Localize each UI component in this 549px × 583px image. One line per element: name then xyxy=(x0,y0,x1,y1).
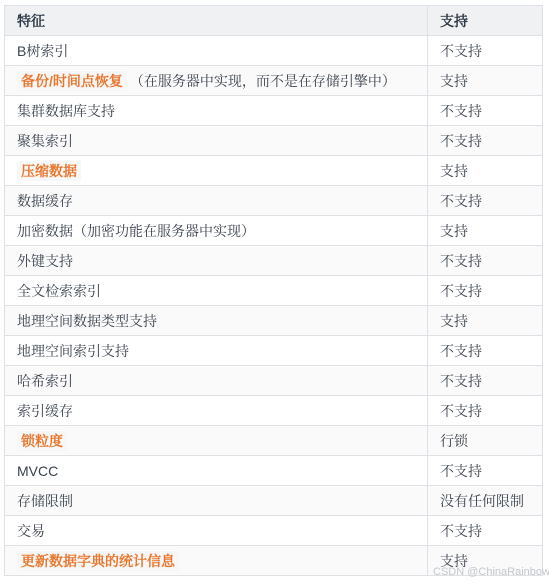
support-cell: 不支持 xyxy=(428,246,543,276)
table-row: 聚集索引不支持 xyxy=(5,126,543,156)
feature-cell: 聚集索引 xyxy=(5,126,428,156)
support-cell: 不支持 xyxy=(428,516,543,546)
table-row: 索引缓存不支持 xyxy=(5,396,543,426)
feature-cell: B树索引 xyxy=(5,36,428,66)
table-row: 地理空间数据类型支持支持 xyxy=(5,306,543,336)
feature-cell: MVCC xyxy=(5,456,428,486)
feature-cell: 交易 xyxy=(5,516,428,546)
table-row: 备份/时间点恢复（在服务器中实现，而不是在存储引擎中）支持 xyxy=(5,66,543,96)
feature-cell: 备份/时间点恢复（在服务器中实现，而不是在存储引擎中） xyxy=(5,66,428,96)
support-cell: 不支持 xyxy=(428,456,543,486)
feature-label: 全文检索索引 xyxy=(17,283,101,299)
feature-link[interactable]: 锁粒度 xyxy=(17,431,67,451)
header-row: 特征 支持 xyxy=(5,6,543,36)
feature-cell: 压缩数据 xyxy=(5,156,428,186)
table-row: 加密数据（加密功能在服务器中实现）支持 xyxy=(5,216,543,246)
feature-label: 集群数据库支持 xyxy=(17,103,115,119)
feature-cell: 集群数据库支持 xyxy=(5,96,428,126)
table-row: 数据缓存不支持 xyxy=(5,186,543,216)
feature-label: 数据缓存 xyxy=(17,193,73,209)
feature-cell: 哈希索引 xyxy=(5,366,428,396)
feature-cell: 数据缓存 xyxy=(5,186,428,216)
feature-cell: 锁粒度 xyxy=(5,426,428,456)
feature-label: 交易 xyxy=(17,523,45,539)
table-row: B树索引不支持 xyxy=(5,36,543,66)
support-cell: 不支持 xyxy=(428,396,543,426)
feature-support-table: 特征 支持 B树索引不支持备份/时间点恢复（在服务器中实现，而不是在存储引擎中）… xyxy=(4,5,543,576)
feature-cell: 全文检索索引 xyxy=(5,276,428,306)
support-cell: 不支持 xyxy=(428,336,543,366)
feature-label: 地理空间数据类型支持 xyxy=(17,313,157,329)
feature-link[interactable]: 压缩数据 xyxy=(17,161,81,181)
table-row: 存储限制没有任何限制 xyxy=(5,486,543,516)
support-cell: 支持 xyxy=(428,216,543,246)
feature-cell: 外键支持 xyxy=(5,246,428,276)
feature-cell: 地理空间数据类型支持 xyxy=(5,306,428,336)
feature-label: 索引缓存 xyxy=(17,403,73,419)
table-body: B树索引不支持备份/时间点恢复（在服务器中实现，而不是在存储引擎中）支持集群数据… xyxy=(5,36,543,576)
table-row: 锁粒度行锁 xyxy=(5,426,543,456)
table-row: 地理空间索引支持不支持 xyxy=(5,336,543,366)
feature-label: 加密数据（加密功能在服务器中实现） xyxy=(17,223,255,239)
table-row: 交易不支持 xyxy=(5,516,543,546)
csdn-watermark: CSDN @ChinaRainbowSea xyxy=(433,566,549,578)
table-row: MVCC不支持 xyxy=(5,456,543,486)
support-cell: 不支持 xyxy=(428,276,543,306)
feature-cell: 索引缓存 xyxy=(5,396,428,426)
feature-cell: 加密数据（加密功能在服务器中实现） xyxy=(5,216,428,246)
feature-label: MVCC xyxy=(17,463,58,479)
support-cell: 支持 xyxy=(428,306,543,336)
support-cell: 不支持 xyxy=(428,126,543,156)
feature-cell: 存储限制 xyxy=(5,486,428,516)
support-cell: 不支持 xyxy=(428,186,543,216)
feature-label: 聚集索引 xyxy=(17,133,73,149)
support-cell: 支持 xyxy=(428,156,543,186)
table-row: 集群数据库支持不支持 xyxy=(5,96,543,126)
table-row: 压缩数据支持 xyxy=(5,156,543,186)
support-cell: 不支持 xyxy=(428,96,543,126)
table-header: 特征 支持 xyxy=(5,6,543,36)
feature-cell: 地理空间索引支持 xyxy=(5,336,428,366)
column-header-support: 支持 xyxy=(428,6,543,36)
support-cell: 不支持 xyxy=(428,366,543,396)
feature-link[interactable]: 备份/时间点恢复 xyxy=(17,71,127,91)
feature-note: （在服务器中实现，而不是在存储引擎中） xyxy=(130,73,396,89)
feature-label: 存储限制 xyxy=(17,493,73,509)
table-row: 外键支持不支持 xyxy=(5,246,543,276)
support-cell: 行锁 xyxy=(428,426,543,456)
feature-label: 哈希索引 xyxy=(17,373,73,389)
support-cell: 没有任何限制 xyxy=(428,486,543,516)
table-row: 全文检索索引不支持 xyxy=(5,276,543,306)
support-cell: 不支持 xyxy=(428,36,543,66)
feature-label: 外键支持 xyxy=(17,253,73,269)
feature-link[interactable]: 更新数据字典的统计信息 xyxy=(17,551,179,571)
table-row: 哈希索引不支持 xyxy=(5,366,543,396)
feature-cell: 更新数据字典的统计信息 xyxy=(5,546,428,576)
column-header-feature: 特征 xyxy=(5,6,428,36)
feature-label: B树索引 xyxy=(17,43,68,59)
support-cell: 支持 xyxy=(428,66,543,96)
feature-label: 地理空间索引支持 xyxy=(17,343,129,359)
